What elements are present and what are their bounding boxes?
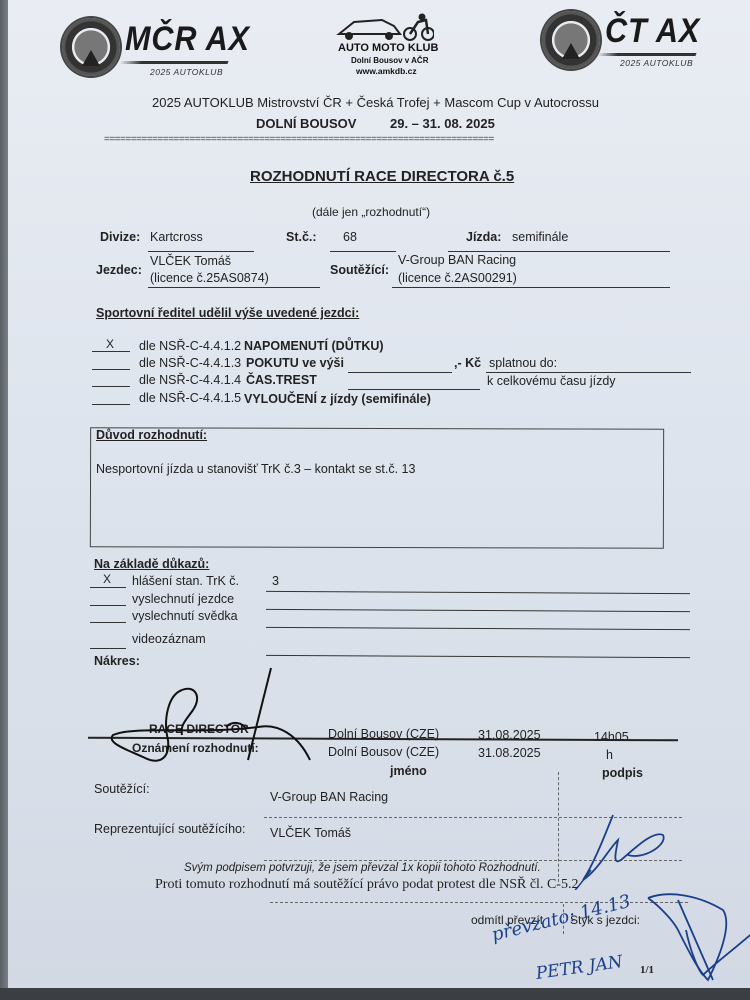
heat-label: Jízda: — [466, 230, 501, 244]
time-penalty-suffix: k celkovému času jízdy — [487, 374, 616, 388]
penalty-rule: dle NSŘ-C-4.4.1.3 — [139, 356, 241, 370]
document-page: MČR AX 2025 AUTOKLUB AUTO MOTO KLUB Doln… — [8, 0, 750, 990]
confirmation-text: Svým podpisem potvrzuji, že jsem převzal… — [184, 862, 541, 874]
autoklub-emblem-icon — [62, 18, 120, 76]
penalty-checkbox-mark[interactable]: X — [106, 337, 114, 351]
penalty-checkbox-line[interactable] — [92, 386, 130, 387]
logo-center-subtitle: Dolní Bousov v AČR — [351, 56, 428, 65]
competitor-underline — [392, 287, 670, 288]
penalty-checkbox-line[interactable] — [92, 369, 130, 370]
evidence-checkbox-line[interactable] — [90, 605, 126, 606]
evidence-heading: Na základě důkazů: — [94, 557, 209, 571]
signature-column-divider — [558, 772, 559, 882]
event-venue: DOLNÍ BOUSOV — [256, 116, 356, 131]
reason-text[interactable]: Nesportovní jízda u stanovišť TrK č.3 – … — [96, 462, 415, 476]
currency-label: ,- Kč — [454, 356, 481, 370]
fine-due-label: splatnou do: — [489, 356, 557, 370]
penalty-label: VYLOUČENÍ z jízdy (semifinále) — [244, 392, 431, 406]
heat-value: semifinále — [512, 230, 568, 244]
drawing-line[interactable] — [266, 655, 690, 658]
evidence-checkbox-line[interactable] — [90, 648, 126, 649]
document-title: ROZHODNUTÍ RACE DIRECTORA č.5 — [250, 168, 514, 185]
representative-value: VLČEK Tomáš — [270, 826, 351, 840]
fine-due-field[interactable] — [486, 372, 691, 373]
logo-left-subtitle: 2025 AUTOKLUB — [150, 67, 223, 77]
driver-label: Jezdec: — [96, 263, 142, 277]
competitor-licence: (licence č.2AS00291) — [398, 271, 517, 285]
divize-underline — [148, 251, 254, 252]
start-number-label: St.č.: — [286, 230, 317, 244]
heat-underline — [448, 251, 670, 252]
logo-right-title: ČT AX — [605, 12, 700, 51]
autoklub-emblem-icon — [542, 11, 600, 69]
logo-left-title: MČR AX — [125, 20, 250, 59]
start-number-underline — [330, 251, 396, 252]
penalty-rule: dle NSŘ-C-4.4.1.5 — [139, 391, 241, 405]
representative-signature — [573, 810, 683, 890]
representative-label: Reprezentující soutěžícího: — [94, 822, 245, 836]
driver-underline — [148, 287, 320, 288]
race-director-signature — [108, 665, 348, 775]
start-number-value: 68 — [343, 230, 357, 244]
protest-text: Proti tomuto rozhodnutí má soutěžící prá… — [155, 877, 578, 893]
competitor-sign-label: Soutěžící: — [94, 782, 150, 796]
driver-name: VLČEK Tomáš — [150, 254, 231, 268]
time-penalty-field[interactable] — [348, 389, 480, 390]
evidence-value-line[interactable] — [266, 609, 690, 612]
logo-center-url: www.amkdb.cz — [356, 66, 417, 76]
evidence-value[interactable]: 3 — [272, 574, 279, 588]
column-name-header: jméno — [390, 764, 427, 778]
evidence-label: vyslechnutí jezdce — [132, 592, 234, 606]
race-director-time: 14h05 — [594, 730, 629, 744]
penalty-rule: dle NSŘ-C-4.4.1.4 — [139, 373, 241, 387]
evidence-label: vyslechnutí svědka — [132, 609, 238, 623]
reason-heading: Důvod rozhodnutí: — [96, 428, 207, 442]
penalty-label-bold: VYLOUČENÍ — [244, 392, 317, 406]
race-director-date: 31.08.2025 — [478, 728, 541, 742]
penalty-label-rest: z jízdy (semifinále) — [320, 392, 430, 406]
handwritten-name-note: PETR JAN — [535, 952, 624, 984]
logo-left-bar — [119, 61, 228, 64]
evidence-checkbox-line[interactable] — [90, 622, 126, 623]
reason-box — [90, 427, 664, 549]
header-separator: ========================================… — [104, 134, 494, 145]
racing-car-motorbike-icon — [334, 12, 434, 42]
penalty-rule: dle NSŘ-C-4.4.1.2 — [139, 339, 241, 353]
competitor-label: Soutěžící: — [330, 263, 389, 277]
evidence-checkbox-line[interactable] — [90, 587, 126, 588]
document-subtitle: (dále jen „rozhodnutí“) — [312, 205, 430, 219]
evidence-label: videozáznam — [132, 632, 206, 646]
event-dates: 29. – 31. 08. 2025 — [390, 116, 495, 131]
evidence-value-line[interactable] — [266, 591, 690, 594]
penalty-checkbox-line[interactable] — [92, 404, 130, 405]
divize-label: Divize: — [100, 230, 140, 244]
competitor-name: V-Group BAN Racing — [398, 253, 516, 267]
penalty-label: ČAS.TREST — [246, 373, 317, 387]
contact-officer-signature — [638, 890, 750, 990]
driver-licence: (licence č.25AS0874) — [150, 271, 269, 285]
photo-background-edge — [0, 988, 750, 1000]
event-title: 2025 AUTOKLUB Mistrovství ČR + Česká Tro… — [152, 95, 599, 110]
column-signature-header: podpis — [602, 766, 643, 780]
evidence-label: hlášení stan. TrK č. — [132, 574, 239, 588]
announcement-time: h — [606, 748, 613, 762]
logo-right-subtitle: 2025 AUTOKLUB — [620, 58, 693, 68]
penalties-heading: Sportovní ředitel udělil výše uvedené je… — [96, 306, 359, 320]
penalty-checkbox-line[interactable] — [92, 351, 130, 352]
logo-right-bar — [597, 53, 696, 56]
announcement-date: 31.08.2025 — [478, 746, 541, 760]
evidence-value-line[interactable] — [266, 627, 690, 630]
penalty-label: NAPOMENUTÍ (DŮTKU) — [244, 339, 384, 353]
logo-center-title: AUTO MOTO KLUB — [338, 42, 438, 54]
divize-value: Kartcross — [150, 230, 203, 244]
evidence-checkbox-mark[interactable]: X — [103, 572, 111, 586]
competitor-sign-value: V-Group BAN Racing — [270, 790, 388, 804]
fine-amount-field[interactable] — [348, 372, 452, 373]
penalty-label: POKUTU ve výši — [246, 356, 344, 370]
